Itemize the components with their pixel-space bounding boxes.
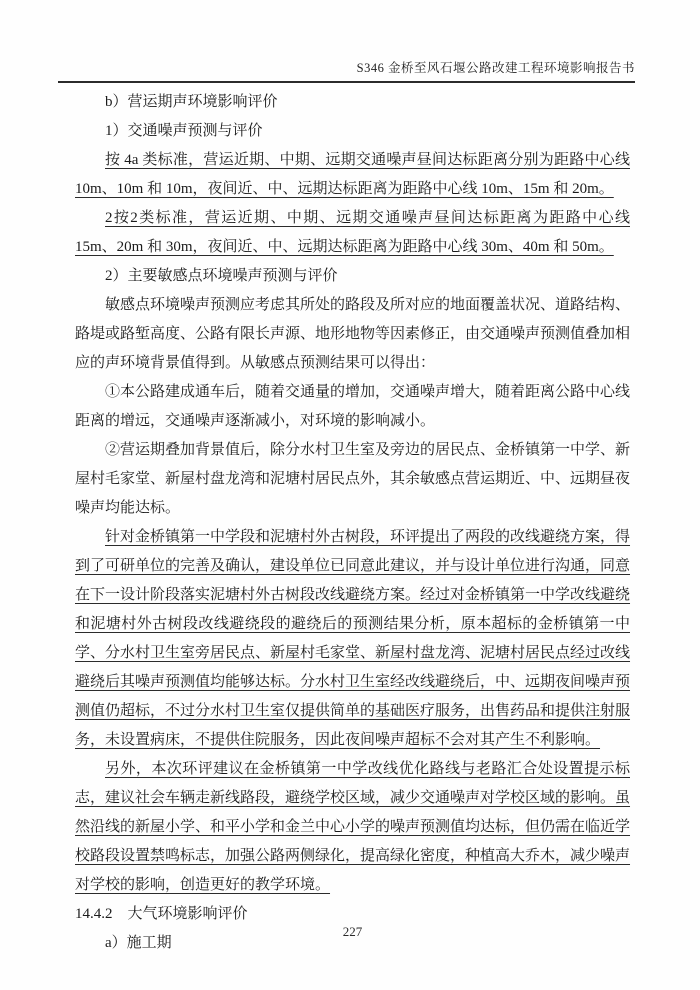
list-item-2-sensitive-points: 2）主要敏感点环境噪声预测与评价 [75,262,630,291]
document-body: b）营运期声环境影响评价 1）交通噪声预测与评价 按 4a 类标准，营运近期、中… [75,88,630,958]
list-item-1-traffic-noise: 1）交通噪声预测与评价 [75,117,630,146]
page-header-title: S346 金桥至风石堰公路改建工程环境影响报告书 [58,58,635,83]
subsection-label-b: b）营运期声环境影响评价 [75,88,630,117]
page-number: 227 [75,924,630,940]
paragraph-reroute-plan: 针对金桥镇第一中学段和泥塘村外古树段，环评提出了两段的改线避绕方案，得到了可研单… [75,523,630,755]
paragraph-standard-2: 2按2类标准，营运近期、中期、远期交通噪声昼间达标距离为距路中心线 15m、20… [75,204,630,262]
paragraph-standard-4a: 按 4a 类标准，营运近期、中期、远期交通噪声昼间达标距离分别为距路中心线 10… [75,146,630,204]
document-page: S346 金桥至风石堰公路改建工程环境影响报告书 b）营运期声环境影响评价 1）… [0,0,700,990]
paragraph-school-recommendation: 另外，本次环评建议在金桥镇第一中学改线优化路线与老路汇合处设置提示标志，建议社会… [75,755,630,900]
paragraph-sensitive-point-prediction: 敏感点环境噪声预测应考虑其所处的路段及所对应的地面覆盖状况、道路结构、路堤或路堑… [75,291,630,378]
paragraph-conclusion-2: ②营运期叠加背景值后，除分水村卫生室及旁边的居民点、金桥镇第一中学、新屋村毛家堂… [75,436,630,523]
paragraph-conclusion-1: ①本公路建成通车后，随着交通量的增加，交通噪声增大，随着距离公路中心线距离的增远… [75,378,630,436]
